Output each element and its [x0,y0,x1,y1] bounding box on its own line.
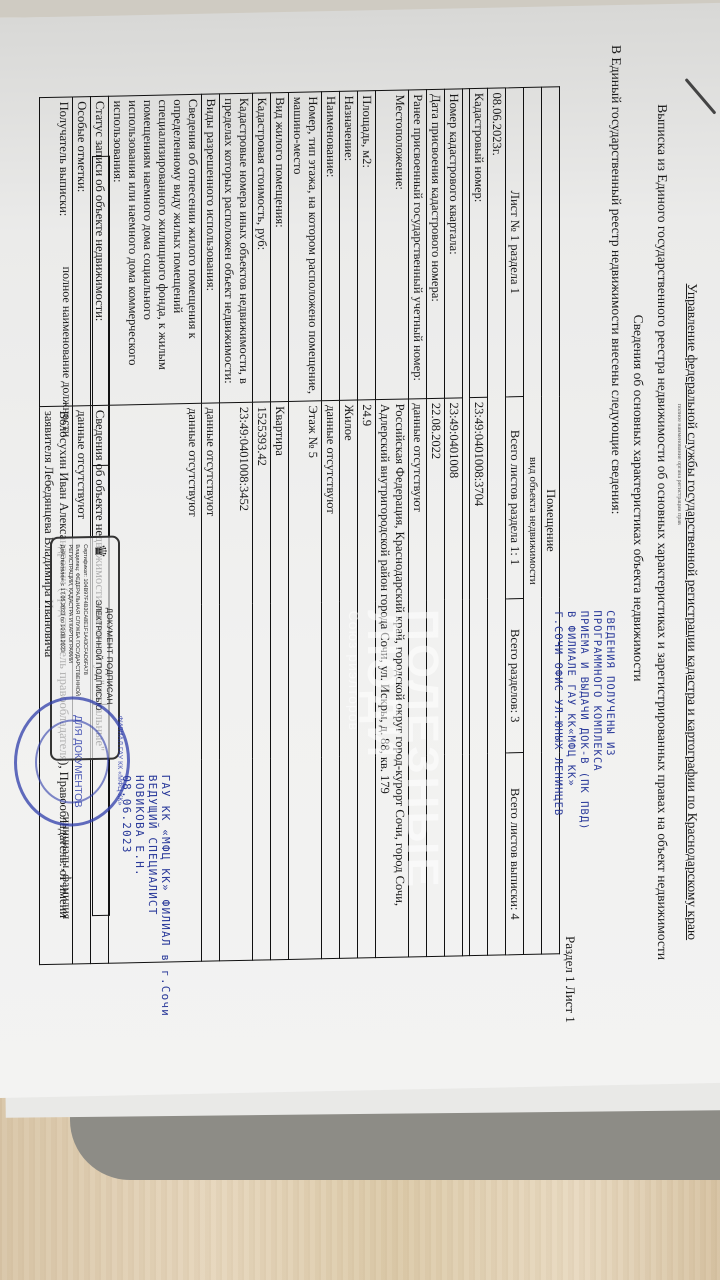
row-value: данные отсутствуют [202,403,220,961]
document-page: Управление федеральной службы государств… [0,3,720,1098]
total-sheets-extract: Всего листов выписки: 4 [506,753,524,955]
row-value: данные отсутствуют [322,400,340,958]
sheet-number: Лист № 1 раздела 1 [506,88,524,397]
total-sections: Всего разделов: 3 [506,598,524,753]
seal-center-text: ДЛЯ ДОКУМЕНТОВ [72,699,83,823]
document-content: Управление федеральной службы государств… [40,43,720,1097]
table-row: Кадастровая стоимость, руб:1525393.42 [253,93,271,960]
row-label: Кадастровые номера иных объектов недвижи… [220,93,253,403]
watermark: ПОЛЕЗНЫЕ ЛЮДИ Союз риэлторов [346,609,442,892]
document-subtitle: Сведения об основных характеристиках объ… [630,314,646,681]
table-row: Номер кадастрового квартала:23:49:040100… [445,89,463,956]
row-label: Ранее присвоенный государственный учетны… [409,90,427,399]
row-label: Кадастровая стоимость, руб: [253,93,271,402]
row-label: Сведения об отнесении жилого помещения к… [109,94,202,405]
pen-mark [685,78,717,115]
specialist-stamp: ГАУ КК «МФЦ КК» ФИЛИАЛ в г.Сочи ВЕДУЩИЙ … [120,774,172,1018]
table-row: Вид жилого помещения:Квартира [271,92,289,959]
document-title: Выписка из Единого государственного реес… [654,104,670,960]
organization-name: Управление федеральной службы государств… [684,283,700,940]
info-stamp: СВЕДЕНИЯ ПОЛУЧЕНЫ ИЗ ПРОГРАММНОГО КОМПЛЕ… [551,610,616,831]
intro-text: В Единый государственный реестр недвижим… [608,45,624,515]
row-label: Назначение: [340,91,358,400]
watermark-line2: ЛЮДИ [358,609,407,760]
spacer-row [463,89,470,956]
row-label: Виды разрешенного использования: [202,94,220,403]
table-row: Кадастровые номера иных объектов недвижи… [220,93,253,961]
row-label: Дата присвоения кадастрового номера: [427,89,445,398]
row-label: Площадь, м2: [358,91,376,400]
organization-caption: полное наименование органа регистрации п… [676,404,682,525]
row-value: 23:49:0401008:3452 [220,402,253,961]
name-caption: инициалы, фамилия [59,816,74,919]
total-sheets-section: Всего листов раздела 1: 1 [506,397,524,599]
row-value: 23:49:0401008 [445,398,463,956]
row-value: 1525393.42 [253,402,271,960]
esign-owner2: РЕГИСТРАЦИИ, КАДАСТРА И КАРТОГРАФИИ [67,544,73,663]
esign-validity: Действителен: с 17.05.2023 по 10.08.2023 [59,545,65,652]
row-label: Особые отметки: [73,97,91,406]
row-label: Номер, тип этажа, на котором расположено… [289,92,322,402]
position-caption: полное наименование должности [59,266,74,437]
table-row: Наименование:данные отсутствуют [322,91,340,958]
seal-ring-text: ФИЛИАЛ ГАУ КК «МФЦ КК» [116,706,123,814]
cadastral-number: 23:49:0401008:3704 [470,397,488,955]
esign-line1: ДОКУМЕНТ ПОДПИСАН [105,608,114,705]
row-value: Этаж № 5 [289,401,322,960]
row-label: Номер кадастрового квартала: [445,89,463,398]
extract-date: 08.06.2023г. [488,88,506,955]
characteristics-table: Помещение вид объекта недвижимости Лист … [39,86,560,965]
cadastral-number-label: Кадастровый номер: [470,88,488,397]
row-label: Наименование: [322,91,340,400]
esign-line2: ЭЛЕКТРОННОЙ ПОДПИСЬЮ [94,600,103,711]
esign-owner1: Владелец: ФЕДЕРАЛЬНАЯ СЛУЖБА ГОСУДАРСТВЕ… [74,544,80,696]
section-mark: Раздел 1 Лист 1 [562,936,578,1023]
row-label: Местоположение: [376,90,409,400]
position-cell [93,156,110,465]
esign-certificate: Сертификат: 104B97F4B3CA8E1F1A43CFAD6FA7… [82,544,88,675]
table-row: Особые отметки:данные отсутствуют [73,97,91,964]
row-value: Квартира [271,401,289,959]
table-row: Виды разрешенного использования:данные о… [202,94,220,961]
table-row: Номер, тип этажа, на котором расположено… [289,92,322,960]
object-type-caption: вид объекта недвижимости [524,87,542,954]
row-label: Вид жилого помещения: [271,92,289,401]
coat-of-arms-icon: ♛ [90,544,110,559]
